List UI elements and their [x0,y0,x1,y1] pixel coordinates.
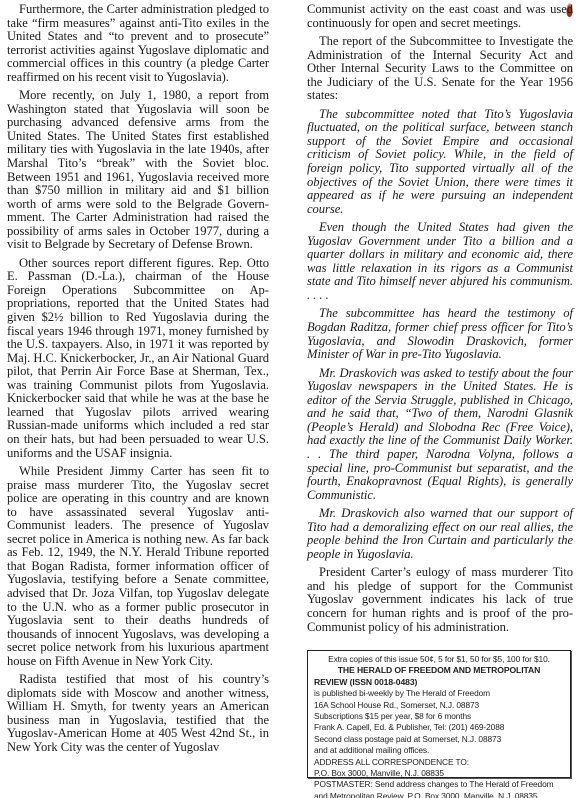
quote-newspapers: Mr. Draskovich was asked to testify abou… [307,367,573,502]
paragraph-radista-testimony: Radista testified that most of his count… [7,673,269,754]
paragraph-subcommittee-report-intro: The report of the Subcommittee to Invest… [307,35,573,103]
quote-demoralizing-effect: Mr. Draskovich also warned that our supp… [307,507,573,561]
subscriptions-line: Subscriptions $15 per year, $8 for 6 mon… [314,711,570,722]
published-by-line: is published bi-weekly by The Herald of … [314,688,570,699]
postage-line2: and at additional mailing offices. [314,745,570,756]
publication-title-line1: THE HERALD OF FREEDOM AND METROPOLITAN [308,665,570,676]
masthead-box: Extra copies of this issue 50¢, 5 for $1… [307,650,571,778]
right-column: Communist activity on the east coast and… [307,3,573,639]
quote-tito-fluctuated: The subcommittee noted that Tito’s Yugos… [307,108,573,216]
extra-copies-line: Extra copies of this issue 50¢, 5 for $1… [308,654,570,665]
quote-us-aid: Even though the United States had given … [307,221,573,302]
publication-title-line2: REVIEW (ISSN 0018-0483) [314,677,570,688]
postmaster-line2: and Metropolitan Review, P.O. Box 3000, … [314,791,570,798]
correspondence-label: ADDRESS ALL CORRESPONDENCE TO: [314,757,570,768]
correspondence-address: P.O. Box 3000, Manville, N.J. 08835 [314,768,570,779]
left-column: Furthermore, the Carter administration p… [7,3,269,760]
postmaster-line1: POSTMASTER: Send address changes to The … [314,779,570,790]
paragraph-carter-pledge: Furthermore, the Carter administration p… [7,3,269,84]
paragraph-continuation: Communist activity on the east coast and… [307,3,573,30]
paragraph-closing: President Carter’s eulogy of mass murder… [307,566,573,634]
postage-line1: Second class postage paid at Somerset, N… [314,734,570,745]
paragraph-passman-figures: Other sources report different figures. … [7,257,269,460]
paragraph-secret-police: While President Jimmy Carter has seen fi… [7,465,269,668]
paragraph-arms-purchase: More recently, on July 1, 1980, a report… [7,89,269,252]
quote-testimony: The subcommittee has heard the testimony… [307,307,573,361]
editor-line: Frank A. Capell, Ed. & Publisher, Tel: (… [314,722,570,733]
office-address-line: 16A School House Rd., Somerset, N.J. 088… [314,700,570,711]
